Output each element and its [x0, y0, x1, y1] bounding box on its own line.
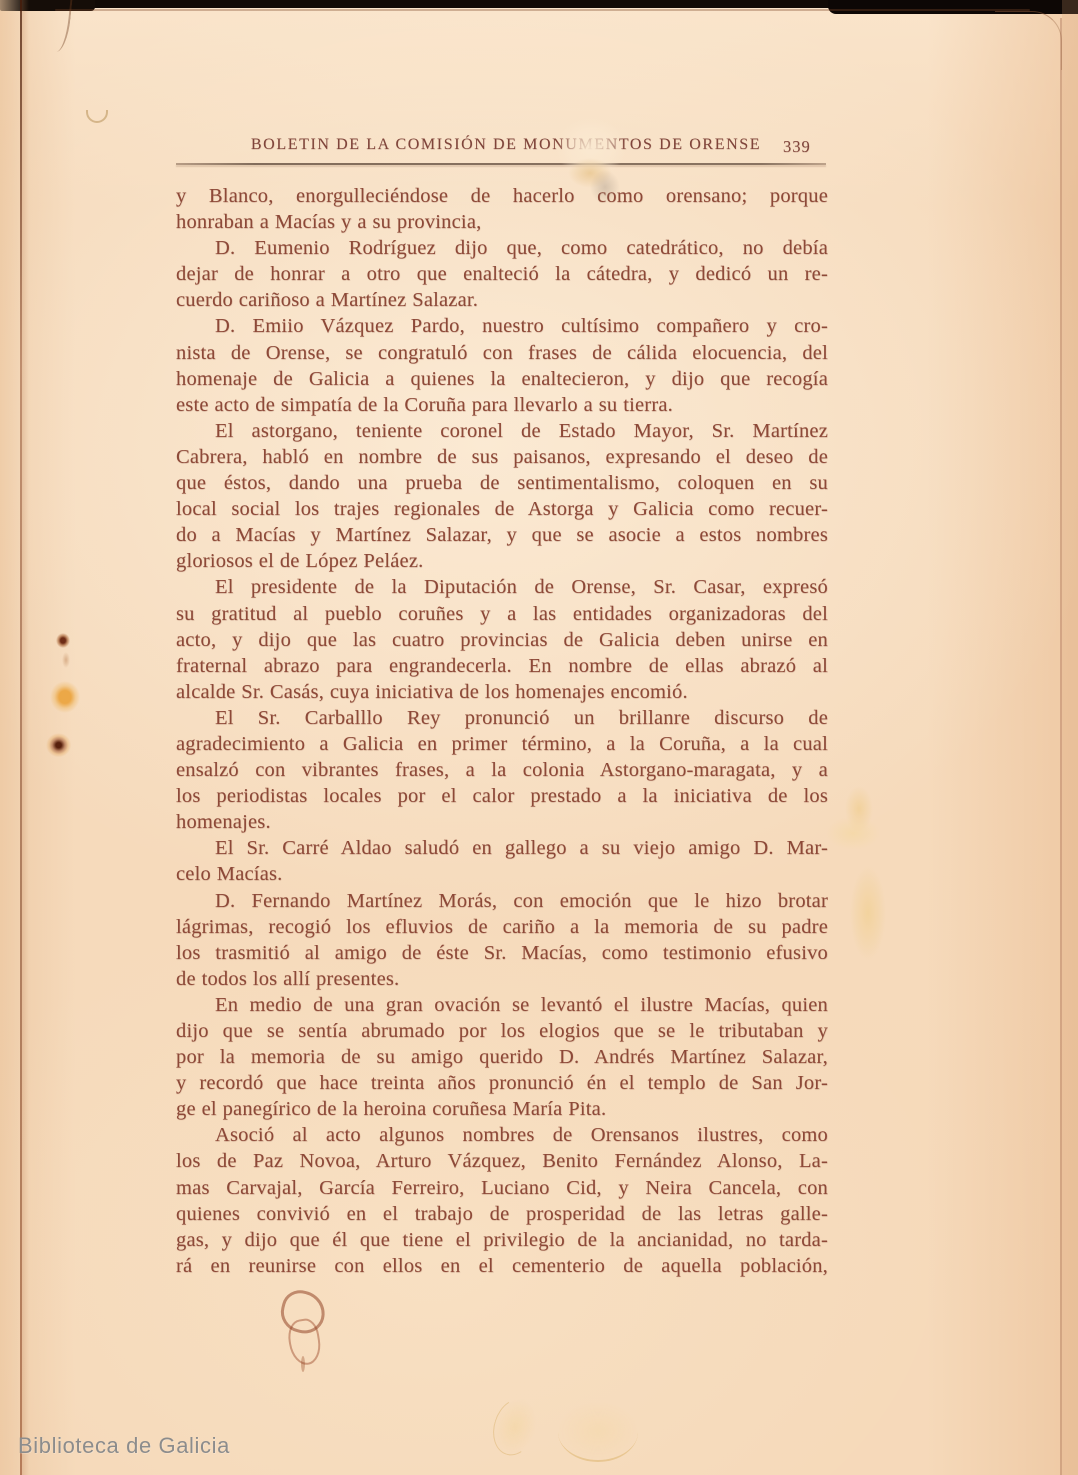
text-line: alcalde Sr. Casás, cuya iniciativa de lo…: [176, 679, 828, 705]
running-header: BOLETIN DE LA COMISIÓN DE MONUMENTOS DE …: [186, 136, 826, 154]
library-watermark: Biblioteca de Galicia: [18, 1433, 230, 1459]
text-line: cuerdo cariñoso a Martínez Salazar.: [176, 287, 828, 313]
paragraph: Asoció al acto algunos nombres de Orensa…: [176, 1122, 828, 1279]
text-line: acto, y dijo que las cuatro provincias d…: [176, 627, 828, 653]
text-line: D. Fernando Martínez Morás, con emoción …: [176, 888, 828, 914]
text-line: do a Macías y Martínez Salazar, y que se…: [176, 522, 828, 548]
text-line: El presidente de la Diputación de Orense…: [176, 574, 828, 600]
text-line: Cabrera, habló en nombre de sus paisanos…: [176, 444, 828, 470]
page-number: 339: [783, 137, 811, 157]
header-rule: [176, 163, 826, 165]
text-line: dejar de honrar a otro que enalteció la …: [176, 261, 828, 287]
text-line: de todos los allí presentes.: [176, 966, 828, 992]
paragraph: D. Emiio Vázquez Pardo, nuestro cultísim…: [176, 313, 828, 417]
paragraph: El presidente de la Diputación de Orense…: [176, 574, 828, 704]
paragraph: El Sr. Carré Aldao saludó en gallego a s…: [176, 835, 828, 887]
page-corner-curl: [995, 11, 1062, 70]
text-line: lágrimas, recogió los efluvios de cariño…: [176, 914, 828, 940]
text-line: que éstos, dando una prueba de sentiment…: [176, 470, 828, 496]
text-line: nista de Orense, se congratuló con frase…: [176, 340, 828, 366]
text-line: agradecimiento a Galicia en primer térmi…: [176, 731, 828, 757]
text-line: gloriosos el de López Peláez.: [176, 548, 828, 574]
paragraph: y Blanco, enorgulleciéndose de hacerlo c…: [176, 183, 828, 235]
page-edge-shade: [1062, 0, 1078, 1475]
text-line: D. Eumenio Rodríguez dijo que, como cate…: [176, 235, 828, 261]
paragraph: D. Eumenio Rodríguez dijo que, como cate…: [176, 235, 828, 313]
text-line: los de Paz Novoa, Arturo Vázquez, Benito…: [176, 1148, 828, 1174]
paragraph: D. Fernando Martínez Morás, con emoción …: [176, 888, 828, 992]
text-line: y Blanco, enorgulleciéndose de hacerlo c…: [176, 183, 828, 209]
text-line: El Sr. Carballlo Rey pronunció un brilla…: [176, 705, 828, 731]
text-line: los periodistas locales por el calor pre…: [176, 783, 828, 809]
text-block: y Blanco, enorgulleciéndose de hacerlo c…: [176, 183, 828, 1279]
text-line: fraternal abrazo para engrandecerla. En …: [176, 653, 828, 679]
paragraph: El astorgano, teniente coronel de Estado…: [176, 418, 828, 575]
binding-gutter-shade: [0, 0, 20, 1475]
text-line: rá en reunirse con ellos en el cementeri…: [176, 1253, 828, 1279]
paragraph: El Sr. Carballlo Rey pronunció un brilla…: [176, 705, 828, 835]
paragraph: En medio de una gran ovación se levantó …: [176, 992, 828, 1122]
text-line: mas Carvajal, García Ferreiro, Luciano C…: [176, 1175, 828, 1201]
text-line: celo Macías.: [176, 861, 828, 887]
text-line: Asoció al acto algunos nombres de Orensa…: [176, 1122, 828, 1148]
text-line: y recordó que hace treinta años pronunci…: [176, 1070, 828, 1096]
text-line: D. Emiio Vázquez Pardo, nuestro cultísim…: [176, 313, 828, 339]
text-line: ensalzó con vibrantes frases, a la colon…: [176, 757, 828, 783]
text-line: El astorgano, teniente coronel de Estado…: [176, 418, 828, 444]
text-line: gas, y dijo que él que tiene el privileg…: [176, 1227, 828, 1253]
text-line: honraban a Macías y a su provincia,: [176, 209, 828, 235]
text-line: este acto de simpatía de la Coruña para …: [176, 392, 828, 418]
page-top-edge-line: [55, 9, 1030, 11]
text-line: El Sr. Carré Aldao saludó en gallego a s…: [176, 835, 828, 861]
text-line: los trasmitió al amigo de éste Sr. Macía…: [176, 940, 828, 966]
text-line: homenaje de Galicia a quienes la enaltec…: [176, 366, 828, 392]
text-line: ge el panegírico de la heroina coruñesa …: [176, 1096, 828, 1122]
text-line: quienes convivió en el trabajo de prospe…: [176, 1201, 828, 1227]
text-line: dijo que se sentía abrumado por los elog…: [176, 1018, 828, 1044]
text-line: por la memoria de su amigo querido D. An…: [176, 1044, 828, 1070]
text-line: local social los trajes regionales de As…: [176, 496, 828, 522]
text-line: su gratitud al pueblo coruñes y a las en…: [176, 601, 828, 627]
text-line: En medio de una gran ovación se levantó …: [176, 992, 828, 1018]
text-line: homenajes.: [176, 809, 828, 835]
binding-gutter-shadow: [22, 0, 29, 1475]
